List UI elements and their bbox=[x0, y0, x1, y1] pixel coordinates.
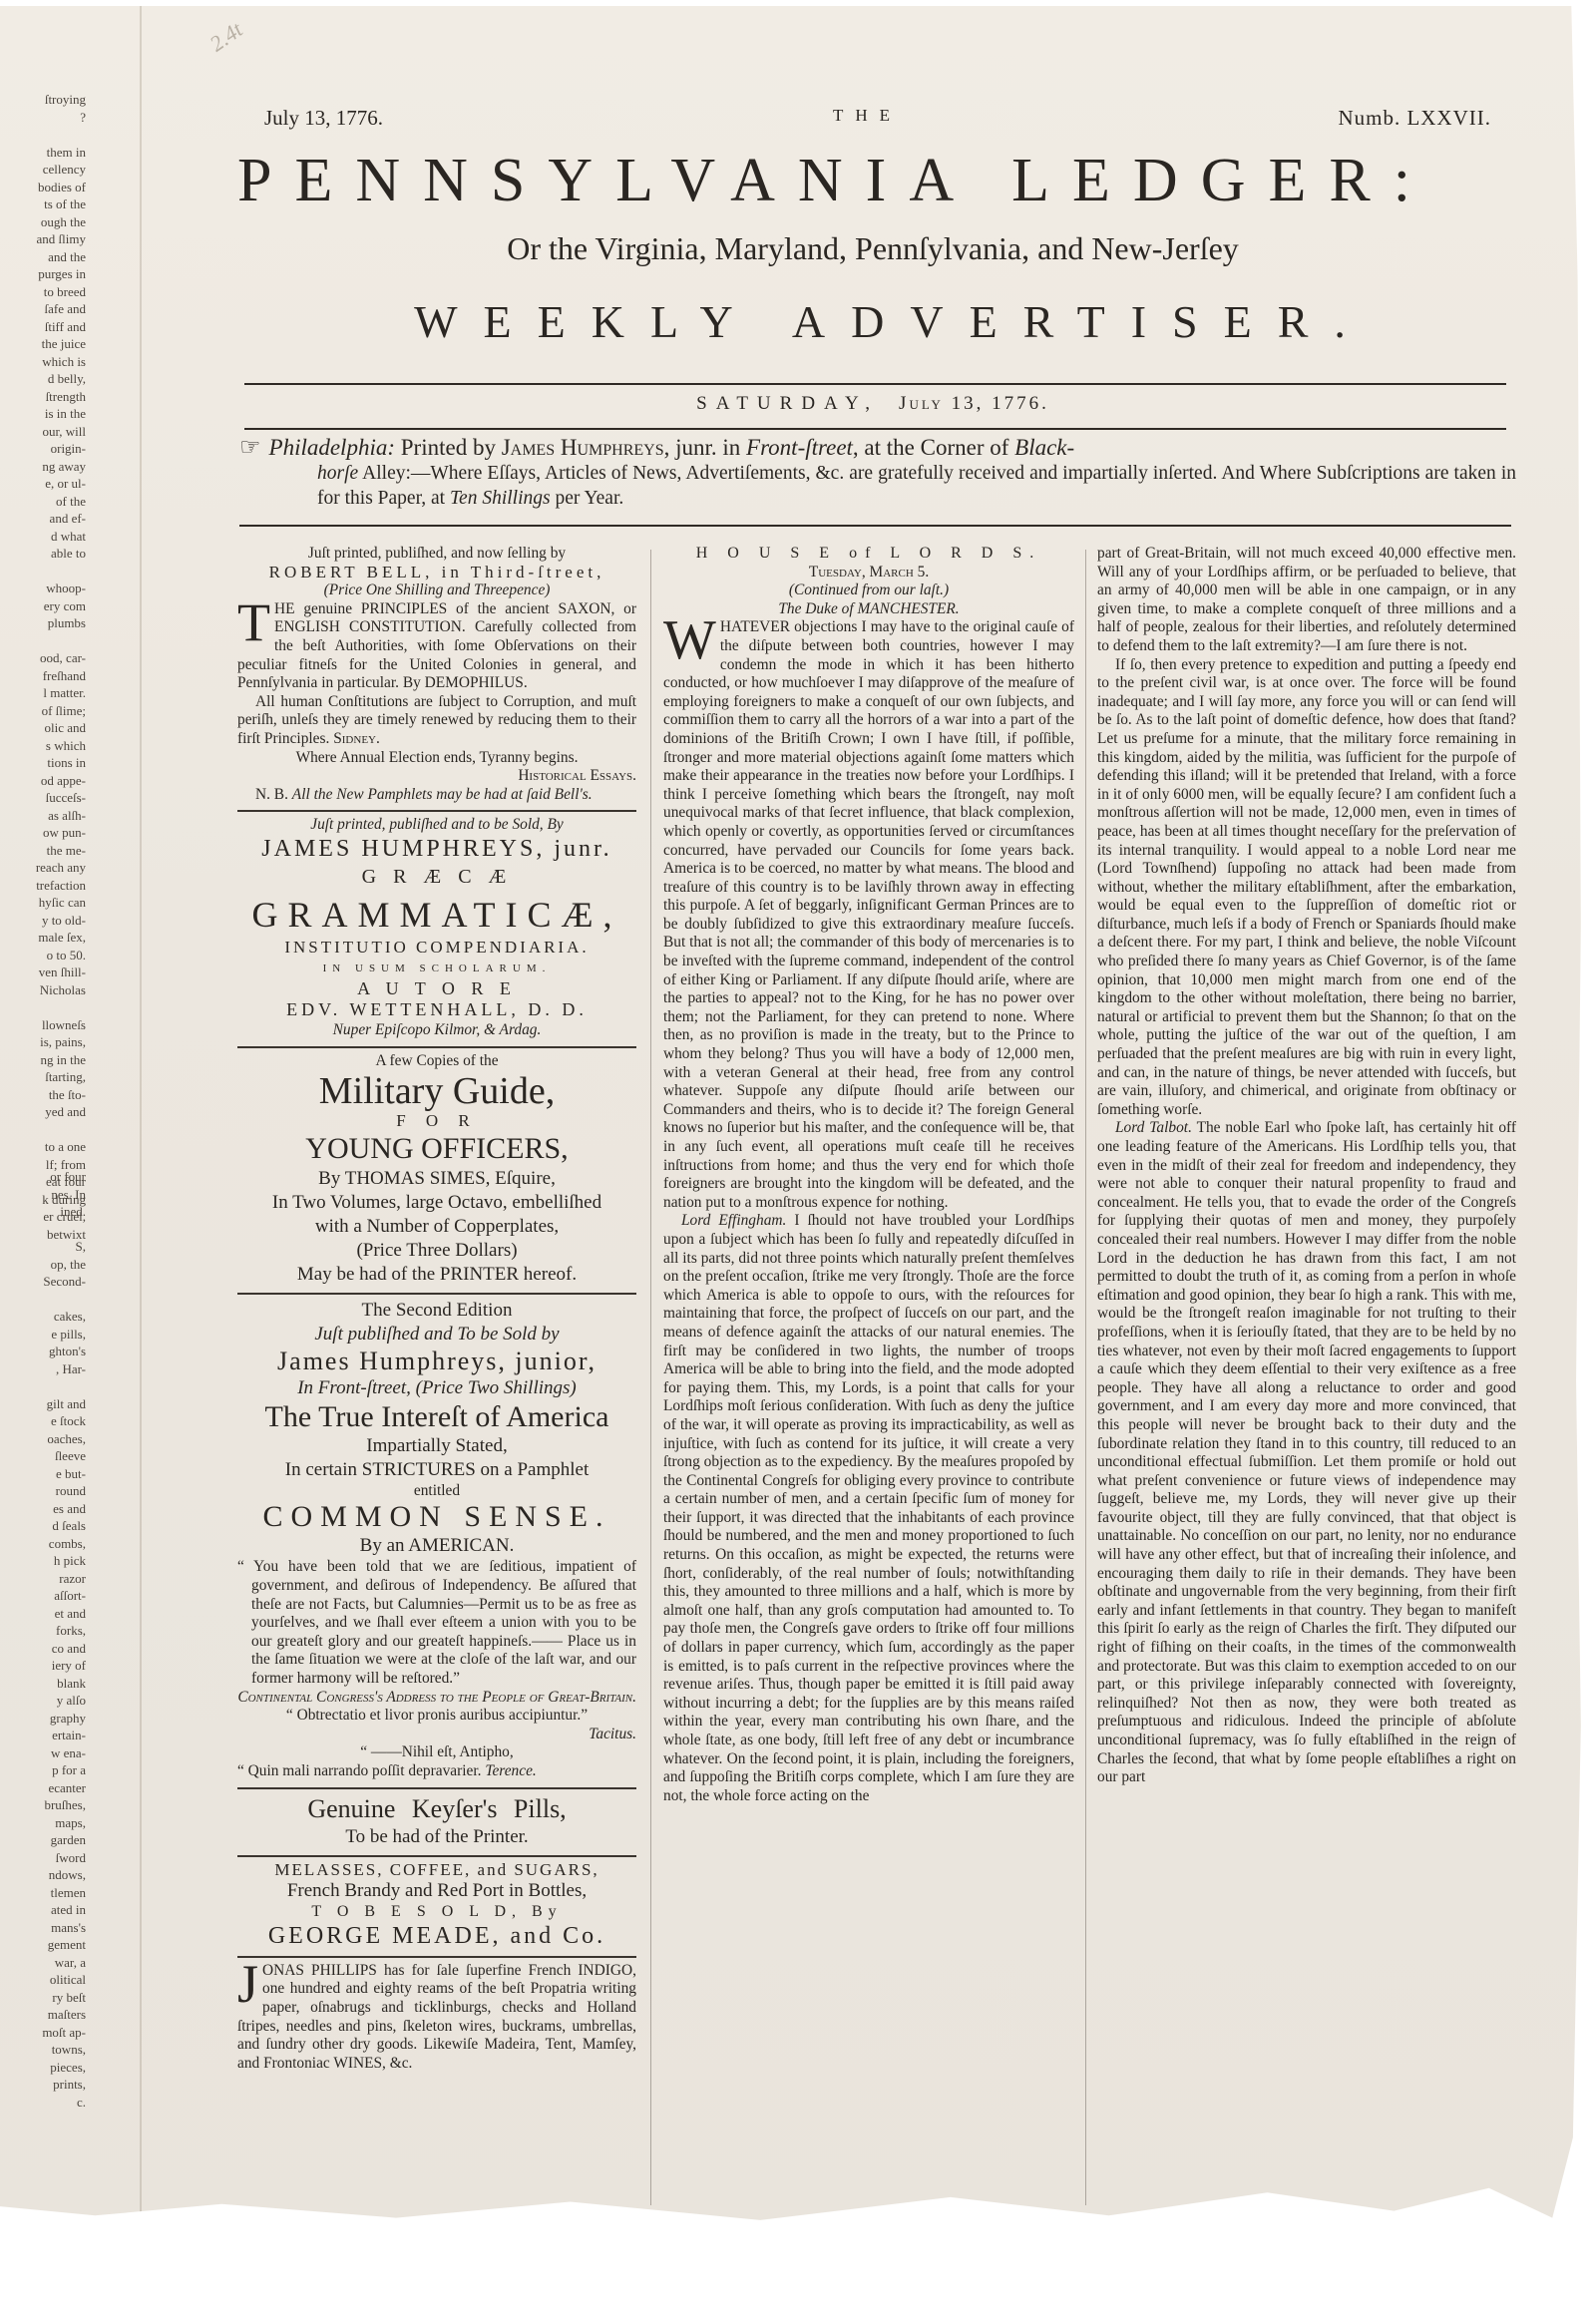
newspaper-page: 2.4t ſtroying?them incellencybodies ofts… bbox=[0, 6, 1584, 2298]
grammar-ad-usum: IN USUM SCHOLARUM. bbox=[237, 958, 636, 979]
column-divider-2 bbox=[1085, 550, 1086, 2205]
margin-fragment bbox=[6, 632, 86, 650]
margin-fragment: p for a bbox=[6, 1761, 86, 1779]
pointing-fist-icon: ☞ bbox=[239, 435, 261, 461]
meade-advertisement: MELASSES, COFFEE, and SUGARS, French Bra… bbox=[237, 1861, 636, 1950]
margin-fragment: ertain- bbox=[6, 1727, 86, 1744]
true-interest-pamphlet: COMMON SENSE. bbox=[237, 1500, 636, 1534]
bell-ad-seller: ROBERT BELL, in Third-ſtreet, bbox=[237, 564, 636, 582]
imprint-printer-suffix: , junr. in bbox=[664, 435, 741, 460]
middle-column-parliament: H O U S E of L O R D S. Tuesday, March 5… bbox=[663, 545, 1074, 1805]
true-interest-latin-2b: “ Quin mali narrando poſſit depravarier. bbox=[237, 1762, 481, 1779]
margin-fragment: S, bbox=[6, 1238, 86, 1256]
margin-fragment: tlemen bbox=[6, 1884, 86, 1902]
military-ad-where: May be had of the PRINTER hereof. bbox=[237, 1263, 636, 1287]
grammar-ad-autore: A U T O R E bbox=[237, 979, 636, 998]
true-interest-advertisement: The Second Edition Juſt publiſhed and To… bbox=[237, 1299, 636, 1781]
margin-fragment: garden bbox=[6, 1831, 86, 1849]
margin-fragment: olic and bbox=[6, 719, 86, 737]
pills-advertisement: Genuine Keyſer's Pills, To be had of the… bbox=[237, 1793, 636, 1849]
meade-ad-line-4: GEORGE MEADE, and Co. bbox=[237, 1922, 636, 1950]
true-interest-sub-3: entitled bbox=[237, 1482, 636, 1501]
margin-fragment: ined. bbox=[6, 1203, 86, 1221]
speaker-manchester: The Duke of MANCHESTER. bbox=[663, 600, 1074, 619]
ad-divider bbox=[237, 1855, 636, 1857]
true-interest-edition: The Second Edition bbox=[237, 1299, 636, 1323]
margin-fragment bbox=[6, 1221, 86, 1239]
bell-ad-nb-label: N. B. bbox=[255, 786, 288, 803]
margin-fragment: razor bbox=[6, 1570, 86, 1588]
margin-fragment: hyſic can bbox=[6, 894, 86, 912]
true-interest-sub-2: In certain STRICTURES on a Pamphlet bbox=[237, 1458, 636, 1482]
margin-fragment: oaches, bbox=[6, 1430, 86, 1448]
ad-divider bbox=[237, 1046, 636, 1048]
margin-fragment: l matter. bbox=[6, 684, 86, 702]
military-ad-intro: A few Copies of the bbox=[237, 1052, 636, 1071]
newspaper-weekly-advertiser: WEEKLY ADVERTISER. bbox=[269, 295, 1516, 348]
true-interest-seller: James Humphreys, junior, bbox=[237, 1347, 636, 1376]
grammar-ad-author: EDV. WETTENHALL, D. D. bbox=[237, 997, 636, 1021]
right-column-parliament-continued: part of Great-Britain, will not much exc… bbox=[1097, 545, 1516, 1787]
margin-fragment: forks, bbox=[6, 1622, 86, 1640]
margin-fragment: ated in bbox=[6, 1901, 86, 1919]
margin-fragment: is, pains, bbox=[6, 1033, 86, 1051]
pills-ad-title: Genuine Keyſer's Pills, bbox=[237, 1793, 636, 1825]
margin-fragment: able to bbox=[6, 545, 86, 563]
article-continued: (Continued from our laſt.) bbox=[663, 581, 1074, 600]
margin-fragment bbox=[6, 126, 86, 144]
manchester-speech: HATEVER objections I may have to the ori… bbox=[663, 618, 1074, 1210]
margin-fragment: w ena- bbox=[6, 1744, 86, 1762]
margin-fragment: and the bbox=[6, 248, 86, 266]
margin-fragment: s which bbox=[6, 737, 86, 755]
margin-fragment: ſtiff and bbox=[6, 318, 86, 336]
margin-fragment: plumbs bbox=[6, 614, 86, 632]
margin-fragment: tions in bbox=[6, 754, 86, 772]
military-ad-for: F O R bbox=[237, 1112, 636, 1131]
true-interest-latin-1: “ Obtrectatio et livor pronis auribus ac… bbox=[237, 1707, 636, 1726]
ad-divider bbox=[237, 1787, 636, 1789]
margin-fragment: es and bbox=[6, 1500, 86, 1518]
imprint-printed-by: Printed by bbox=[401, 435, 496, 460]
margin-fragment: ndows, bbox=[6, 1866, 86, 1884]
margin-fragment: y to old- bbox=[6, 912, 86, 930]
margin-fragment: d belly, bbox=[6, 370, 86, 388]
imprint-street: Front-ſtreet bbox=[746, 435, 853, 460]
margin-fragment: to breed bbox=[6, 283, 86, 301]
margin-fragment: gilt and bbox=[6, 1395, 86, 1413]
margin-fragment: and ef- bbox=[6, 510, 86, 528]
margin-fragment: combs, bbox=[6, 1535, 86, 1553]
true-interest-quote-source: Continental Congress's Addreſs to the Pe… bbox=[237, 1689, 636, 1708]
military-ad-title: Military Guide, bbox=[237, 1070, 636, 1112]
effingham-speech-continued: part of Great-Britain, will not much exc… bbox=[1097, 545, 1516, 656]
dateline-date: July 13, 1776. bbox=[899, 393, 1049, 414]
margin-fragment: to a one bbox=[6, 1138, 86, 1156]
pills-ad-sub: To be had of the Printer. bbox=[237, 1825, 636, 1849]
bell-ad-epigraph-1-source: Sidney. bbox=[333, 730, 380, 747]
speaker-talbot: Lord Talbot. bbox=[1115, 1119, 1192, 1136]
masthead-rule-top bbox=[244, 383, 1506, 385]
margin-fragment: h pick bbox=[6, 1552, 86, 1570]
meade-ad-line-2: French Brandy and Red Port in Bottles, bbox=[237, 1879, 636, 1903]
margin-fragment bbox=[6, 1121, 86, 1139]
margin-fragment: as alſh- bbox=[6, 807, 86, 825]
phillips-advertisement: JONAS PHILLIPS has for ſale ſuperfine Fr… bbox=[237, 1962, 636, 2074]
pencil-annotation: 2.4t bbox=[205, 17, 247, 58]
margin-fragment: olitical bbox=[6, 1971, 86, 1989]
margin-fragment: maps, bbox=[6, 1814, 86, 1832]
margin-fragment: e, or ul- bbox=[6, 475, 86, 493]
margin-fragment: freſhand bbox=[6, 667, 86, 685]
margin-fragment: op, the bbox=[6, 1256, 86, 1274]
margin-fragment: ough the bbox=[6, 213, 86, 231]
true-interest-latin-2a: “ ——Nihil eſt, Antipho, bbox=[237, 1743, 636, 1762]
ad-divider bbox=[237, 1956, 636, 1958]
military-guide-advertisement: A few Copies of the Military Guide, F O … bbox=[237, 1052, 636, 1287]
margin-fragment: e ſtock bbox=[6, 1412, 86, 1430]
grammar-advertisement: Juſt printed, publiſhed and to be Sold, … bbox=[237, 816, 636, 1039]
ad-divider bbox=[237, 1293, 636, 1295]
bell-ad-epigraph-2: Where Annual Election ends, Tyranny begi… bbox=[237, 749, 636, 768]
margin-fragment: prints, bbox=[6, 2076, 86, 2094]
bell-ad-price: (Price One Shilling and Threepence) bbox=[237, 581, 636, 600]
military-ad-desc-2: with a Number of Copperplates, bbox=[237, 1215, 636, 1239]
margin-fragment: od appe- bbox=[6, 772, 86, 790]
margin-fragment: ſafe and bbox=[6, 300, 86, 318]
margin-fragment: of the bbox=[6, 493, 86, 511]
left-column-advertisements: Juſt printed, publiſhed, and now ſelling… bbox=[237, 545, 636, 2073]
article-date: Tuesday, March 5. bbox=[663, 564, 1074, 582]
margin-fragment: and ſlimy bbox=[6, 230, 86, 248]
speaker-effingham: Lord Effingham. bbox=[681, 1212, 786, 1229]
margin-fragment: bodies of bbox=[6, 179, 86, 196]
masthead-the: THE bbox=[833, 106, 902, 126]
margin-fragment: purges in bbox=[6, 265, 86, 283]
newspaper-title: PENNSYLVANIA LEDGER: bbox=[237, 146, 1534, 216]
margin-fragment: e pills, bbox=[6, 1326, 86, 1344]
margin-fragment: of ſlime; bbox=[6, 702, 86, 720]
page-fold-line bbox=[140, 6, 142, 2300]
margin-fragment: cakes, bbox=[6, 1308, 86, 1326]
margin-fragment: gement bbox=[6, 1936, 86, 1954]
margin-fragment: et and bbox=[6, 1605, 86, 1623]
margin-fragment: ood, car- bbox=[6, 649, 86, 667]
issue-date-corner: July 13, 1776. bbox=[264, 106, 383, 131]
margin-fragment: origin- bbox=[6, 440, 86, 458]
imprint-corner: , at the Corner of bbox=[853, 435, 1008, 460]
margin-fragment bbox=[6, 1377, 86, 1395]
ad-divider bbox=[237, 810, 636, 812]
true-interest-latin-1-source: Tacitus. bbox=[237, 1726, 636, 1744]
masthead-topline: July 13, 1776. THE Numb. LXXVII. bbox=[264, 106, 1491, 136]
imprint-price: Ten Shillings bbox=[450, 488, 551, 509]
military-ad-price: (Price Three Dollars) bbox=[237, 1239, 636, 1263]
true-interest-intro: Juſt publiſhed and To be Sold by bbox=[237, 1323, 636, 1347]
true-interest-address: In Front-ſtreet, (Price Two Shillings) bbox=[237, 1376, 636, 1400]
talbot-speech: The noble Earl who ſpoke laſt, has certa… bbox=[1097, 1119, 1516, 1785]
imprint-place: Philadelphia: bbox=[269, 435, 395, 460]
margin-fragment: the ſto- bbox=[6, 1086, 86, 1104]
margin-fragment bbox=[6, 998, 86, 1016]
true-interest-quote: “ You have been told that we are ſeditio… bbox=[237, 1558, 636, 1688]
margin-fragment: ſtrength bbox=[6, 388, 86, 406]
margin-fragment: ſtarting, bbox=[6, 1068, 86, 1086]
masthead-rule-bottom bbox=[239, 525, 1511, 527]
margin-fragment: ry beſt bbox=[6, 1989, 86, 2007]
grammar-ad-subtitle: INSTITUTIO COMPENDIARIA. bbox=[237, 939, 636, 958]
meade-ad-line-3: T O B E S O L D, By bbox=[237, 1903, 636, 1922]
margin-fragment: o to 50. bbox=[6, 947, 86, 964]
grammar-ad-title: GRAMMATICÆ, bbox=[237, 891, 636, 939]
margin-fragment: ven ſhill- bbox=[6, 964, 86, 981]
true-interest-sub-1: Impartially Stated, bbox=[237, 1434, 636, 1458]
margin-fragment: or four bbox=[6, 1168, 86, 1186]
margin-fragment: ng away bbox=[6, 458, 86, 476]
military-ad-author: By THOMAS SIMES, Eſquire, bbox=[237, 1167, 636, 1191]
margin-fragment: , Har- bbox=[6, 1360, 86, 1378]
bell-ad-epigraph-2-source: Historical Essays. bbox=[237, 767, 636, 786]
imprint-line-2: horſe Alley:—Where Eſſays, Articles of N… bbox=[239, 461, 1516, 511]
article-dropcap: W bbox=[663, 620, 716, 660]
imprint-alley-b: horſe bbox=[317, 463, 358, 484]
bell-advertisement: Juſt printed, publiſhed, and now ſelling… bbox=[237, 545, 636, 804]
effingham-speech: I ſhould not have troubled your Lordſhip… bbox=[663, 1212, 1074, 1803]
margin-fragment: Nicholas bbox=[6, 981, 86, 999]
margin-fragment: llowneſs bbox=[6, 1016, 86, 1034]
margin-fragment: c. bbox=[6, 2094, 86, 2112]
adjacent-page-margin-bottom: or fournes. Inined.S,op, theSecond-cakes… bbox=[6, 1168, 86, 2111]
dateline: SATURDAY,July 13, 1776. bbox=[239, 393, 1506, 415]
margin-fragment: whoop- bbox=[6, 579, 86, 597]
margin-fragment: trefaction bbox=[6, 877, 86, 895]
phillips-ad-dropcap: J bbox=[237, 1964, 258, 2004]
margin-fragment: maſters bbox=[6, 2006, 86, 2024]
margin-fragment: cellency bbox=[6, 161, 86, 179]
dateline-day: SATURDAY, bbox=[696, 393, 879, 414]
column-divider-1 bbox=[650, 550, 651, 2205]
margin-fragment: ſleeve bbox=[6, 1447, 86, 1465]
bell-ad-epigraph-1: All human Conſtitutions are ſubject to C… bbox=[237, 693, 636, 747]
true-interest-title: The True Intereſt of America bbox=[237, 1400, 636, 1434]
margin-fragment: towns, bbox=[6, 2041, 86, 2059]
margin-fragment: our, will bbox=[6, 423, 86, 441]
grammar-ad-seller: JAMES HUMPHREYS, junr. bbox=[237, 835, 636, 863]
margin-fragment: ng in the bbox=[6, 1051, 86, 1069]
bell-ad-dropcap: T bbox=[237, 602, 270, 642]
margin-fragment: co and bbox=[6, 1640, 86, 1658]
margin-fragment: ow pun- bbox=[6, 824, 86, 842]
margin-fragment: mans's bbox=[6, 1919, 86, 1937]
true-interest-latin-2-source: Terence. bbox=[485, 1762, 536, 1779]
masthead-rule-middle bbox=[244, 428, 1506, 430]
margin-fragment: the juice bbox=[6, 335, 86, 353]
margin-fragment: iery of bbox=[6, 1657, 86, 1675]
bell-ad-intro: Juſt printed, publiſhed, and now ſelling… bbox=[237, 545, 636, 564]
margin-fragment: ery com bbox=[6, 597, 86, 615]
margin-fragment: e but- bbox=[6, 1465, 86, 1483]
margin-fragment: moſt ap- bbox=[6, 2024, 86, 2042]
margin-fragment: yed and bbox=[6, 1103, 86, 1121]
margin-fragment: ghton's bbox=[6, 1343, 86, 1360]
bell-ad-body: HE genuine PRINCIPLES of the ancient SAX… bbox=[237, 600, 636, 691]
phillips-ad-body: ONAS PHILLIPS has for ſale ſuperfine Fre… bbox=[237, 1962, 636, 2072]
margin-fragment: is in the bbox=[6, 405, 86, 423]
margin-fragment: y alſo bbox=[6, 1692, 86, 1710]
newspaper-subtitle: Or the Virginia, Maryland, Pennſylvania,… bbox=[239, 230, 1506, 267]
margin-fragment: male ſex, bbox=[6, 929, 86, 947]
margin-fragment: ? bbox=[6, 109, 86, 127]
margin-fragment: Second- bbox=[6, 1273, 86, 1291]
margin-fragment: ſtroying bbox=[6, 91, 86, 109]
printer-imprint: ☞Philadelphia: Printed by James Humphrey… bbox=[239, 435, 1516, 511]
margin-fragment: the me- bbox=[6, 842, 86, 860]
margin-fragment: ts of the bbox=[6, 195, 86, 213]
margin-fragment: war, a bbox=[6, 1954, 86, 1972]
military-ad-desc-1: In Two Volumes, large Octavo, embelliſhe… bbox=[237, 1191, 636, 1215]
margin-fragment: reach any bbox=[6, 859, 86, 877]
margin-fragment: them in bbox=[6, 144, 86, 162]
meade-ad-line-1: MELASSES, COFFEE, and SUGARS, bbox=[237, 1861, 636, 1880]
imprint-printer-name: James Humphreys bbox=[502, 435, 664, 460]
margin-fragment: pieces, bbox=[6, 2059, 86, 2077]
grammar-ad-intro: Juſt printed, publiſhed and to be Sold, … bbox=[237, 816, 636, 835]
grammar-ad-graecae: G R Æ C Æ bbox=[237, 863, 636, 891]
margin-fragment: d ſeals bbox=[6, 1517, 86, 1535]
margin-fragment: graphy bbox=[6, 1710, 86, 1728]
imprint-per-year: per Year. bbox=[555, 488, 623, 509]
margin-fragment: aſſort- bbox=[6, 1587, 86, 1605]
issue-number: Numb. LXXVII. bbox=[1338, 106, 1491, 131]
margin-fragment: blank bbox=[6, 1675, 86, 1693]
true-interest-author: By an AMERICAN. bbox=[237, 1534, 636, 1558]
margin-fragment: ſword bbox=[6, 1849, 86, 1867]
grammar-ad-bishop: Nuper Epiſcopo Kilmor, & Ardag. bbox=[237, 1021, 636, 1040]
margin-fragment: which is bbox=[6, 353, 86, 371]
adjacent-page-margin-top: ſtroying?them incellencybodies ofts of t… bbox=[6, 91, 86, 1243]
margin-fragment: ecanter bbox=[6, 1779, 86, 1797]
margin-fragment: bruſhes, bbox=[6, 1796, 86, 1814]
margin-fragment bbox=[6, 563, 86, 580]
imprint-alley-a: Black- bbox=[1014, 435, 1074, 460]
military-ad-subject: YOUNG OFFICERS, bbox=[237, 1131, 636, 1167]
margin-fragment: ſucceſs- bbox=[6, 789, 86, 807]
bell-ad-nb-text: All the New Pamphlets may be had at ſaid… bbox=[292, 786, 593, 803]
margin-fragment: nes. In bbox=[6, 1186, 86, 1204]
effingham-speech-paragraph-2: If ſo, then every pretence to expedition… bbox=[1097, 656, 1516, 1120]
margin-fragment: d what bbox=[6, 528, 86, 546]
margin-fragment: round bbox=[6, 1482, 86, 1500]
article-heading: H O U S E of L O R D S. bbox=[663, 545, 1074, 564]
margin-fragment bbox=[6, 1291, 86, 1309]
